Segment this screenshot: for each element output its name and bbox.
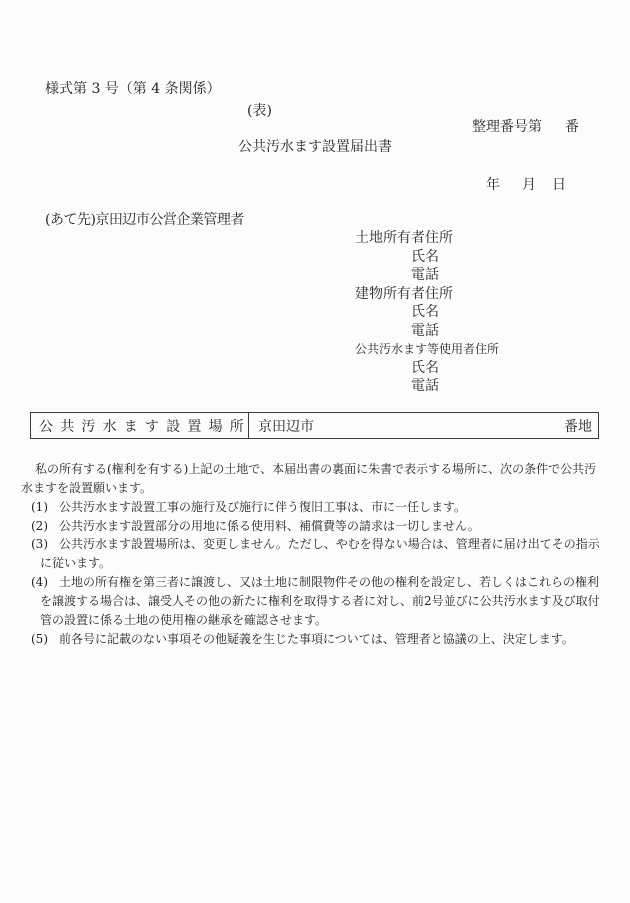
condition-item-3-text: 公共汚水ます設置場所は、変更しません。ただし、やむを得ない場合は、管理者に届け出… [59, 537, 600, 551]
conditions-text: 私の所有する(権利を有する)上記の土地で、本届出書の裏面に朱書で表示する場所に、… [21, 460, 617, 648]
recipient-line: (あて先)京田辺市公営企業管理者 [45, 209, 244, 229]
condition-item-5-number: (5) [31, 630, 48, 649]
condition-item-1-text: 公共汚水ます設置工事の施行及び施行に伴う復旧工事は、市に一任します。 [59, 500, 466, 514]
condition-item-3-continuation: に従います。 [21, 554, 617, 573]
building-owner-name-label: 氏名 [355, 303, 499, 322]
sewer-user-name-label: 氏名 [355, 359, 499, 378]
building-owner-phone-label: 電話 [355, 322, 499, 341]
condition-item-2: (2)公共汚水ます設置部分の用地に係る使用料、補償費等の請求は一切しません。 [21, 517, 617, 536]
land-owner-name-label: 氏名 [355, 248, 499, 267]
condition-item-2-number: (2) [31, 517, 48, 536]
condition-item-4: (4)土地の所有権を第三者に譲渡し、又は土地に制限物件その他の権利を設定し、若し… [21, 573, 617, 592]
location-label: 公共汚水ます設置場所 [39, 416, 249, 436]
date-year-label: 年 [486, 177, 500, 193]
serial-number-prefix: 整理番号第 [472, 119, 542, 135]
applicant-address-block: 土地所有者住所 氏名 電話 建物所有者住所 氏名 電話 公共汚水ます等使用者住所… [355, 229, 499, 396]
date-month-label: 月 [522, 174, 536, 194]
date-day-label: 日 [552, 174, 566, 194]
condition-item-4-number: (4) [31, 573, 48, 592]
condition-item-5: (5)前各号に記載のない事項その他疑義を生じた事項については、管理者と協議の上、… [21, 630, 617, 649]
date-line: 年月日 [486, 174, 566, 194]
serial-number-line: 整理番号第番 [472, 116, 579, 136]
location-lot-suffix: 番地 [564, 416, 592, 436]
condition-item-2-text: 公共汚水ます設置部分の用地に係る使用料、補償費等の請求は一切しません。 [59, 519, 480, 533]
conditions-intro-line: 水ますを設置願います。 [21, 479, 617, 498]
sewer-user-phone-label: 電話 [355, 377, 499, 396]
location-label-cell: 公共汚水ます設置場所 [31, 413, 249, 438]
condition-item-3: (3)公共汚水ます設置場所は、変更しません。ただし、やむを得ない場合は、管理者に… [21, 535, 617, 554]
page-title: 公共汚水ます設置届出書 [0, 136, 630, 156]
sewer-user-address-label: 公共汚水ます等使用者住所 [355, 340, 499, 359]
condition-item-1: (1)公共汚水ます設置工事の施行及び施行に伴う復旧工事は、市に一任します。 [21, 498, 617, 517]
land-owner-address-label: 土地所有者住所 [355, 229, 499, 248]
building-owner-address-label: 建物所有者住所 [355, 285, 499, 304]
location-city-value: 京田辺市 [258, 416, 314, 436]
form-number: 様式第 3 号（第 4 条関係） [45, 78, 221, 98]
condition-item-1-number: (1) [31, 498, 48, 517]
conditions-intro-line: 私の所有する(権利を有する)上記の土地で、本届出書の裏面に朱書で表示する場所に、… [21, 460, 617, 479]
location-value-cell: 京田辺市 番地 [249, 413, 598, 438]
condition-item-5-text: 前各号に記載のない事項その他疑義を生じた事項については、管理者と協議の上、決定し… [59, 632, 574, 646]
condition-item-4-continuation: 管の設置に係る土地の使用権の継承を確認させます。 [21, 611, 617, 630]
condition-item-4-continuation: を譲渡する場合は、譲受人その他の新たに権利を取得する者に対し、前2号並びに公共汚… [21, 592, 617, 611]
form-page: { "colors": { "background": "#fcfcfc", "… [0, 0, 630, 903]
serial-number-suffix: 番 [565, 116, 579, 136]
land-owner-phone-label: 電話 [355, 266, 499, 285]
location-table: 公共汚水ます設置場所 京田辺市 番地 [30, 412, 599, 439]
condition-item-3-number: (3) [31, 535, 48, 554]
condition-item-4-text: 土地の所有権を第三者に譲渡し、又は土地に制限物件その他の権利を設定し、若しくはこ… [59, 575, 599, 589]
side-label: (表) [247, 100, 272, 120]
